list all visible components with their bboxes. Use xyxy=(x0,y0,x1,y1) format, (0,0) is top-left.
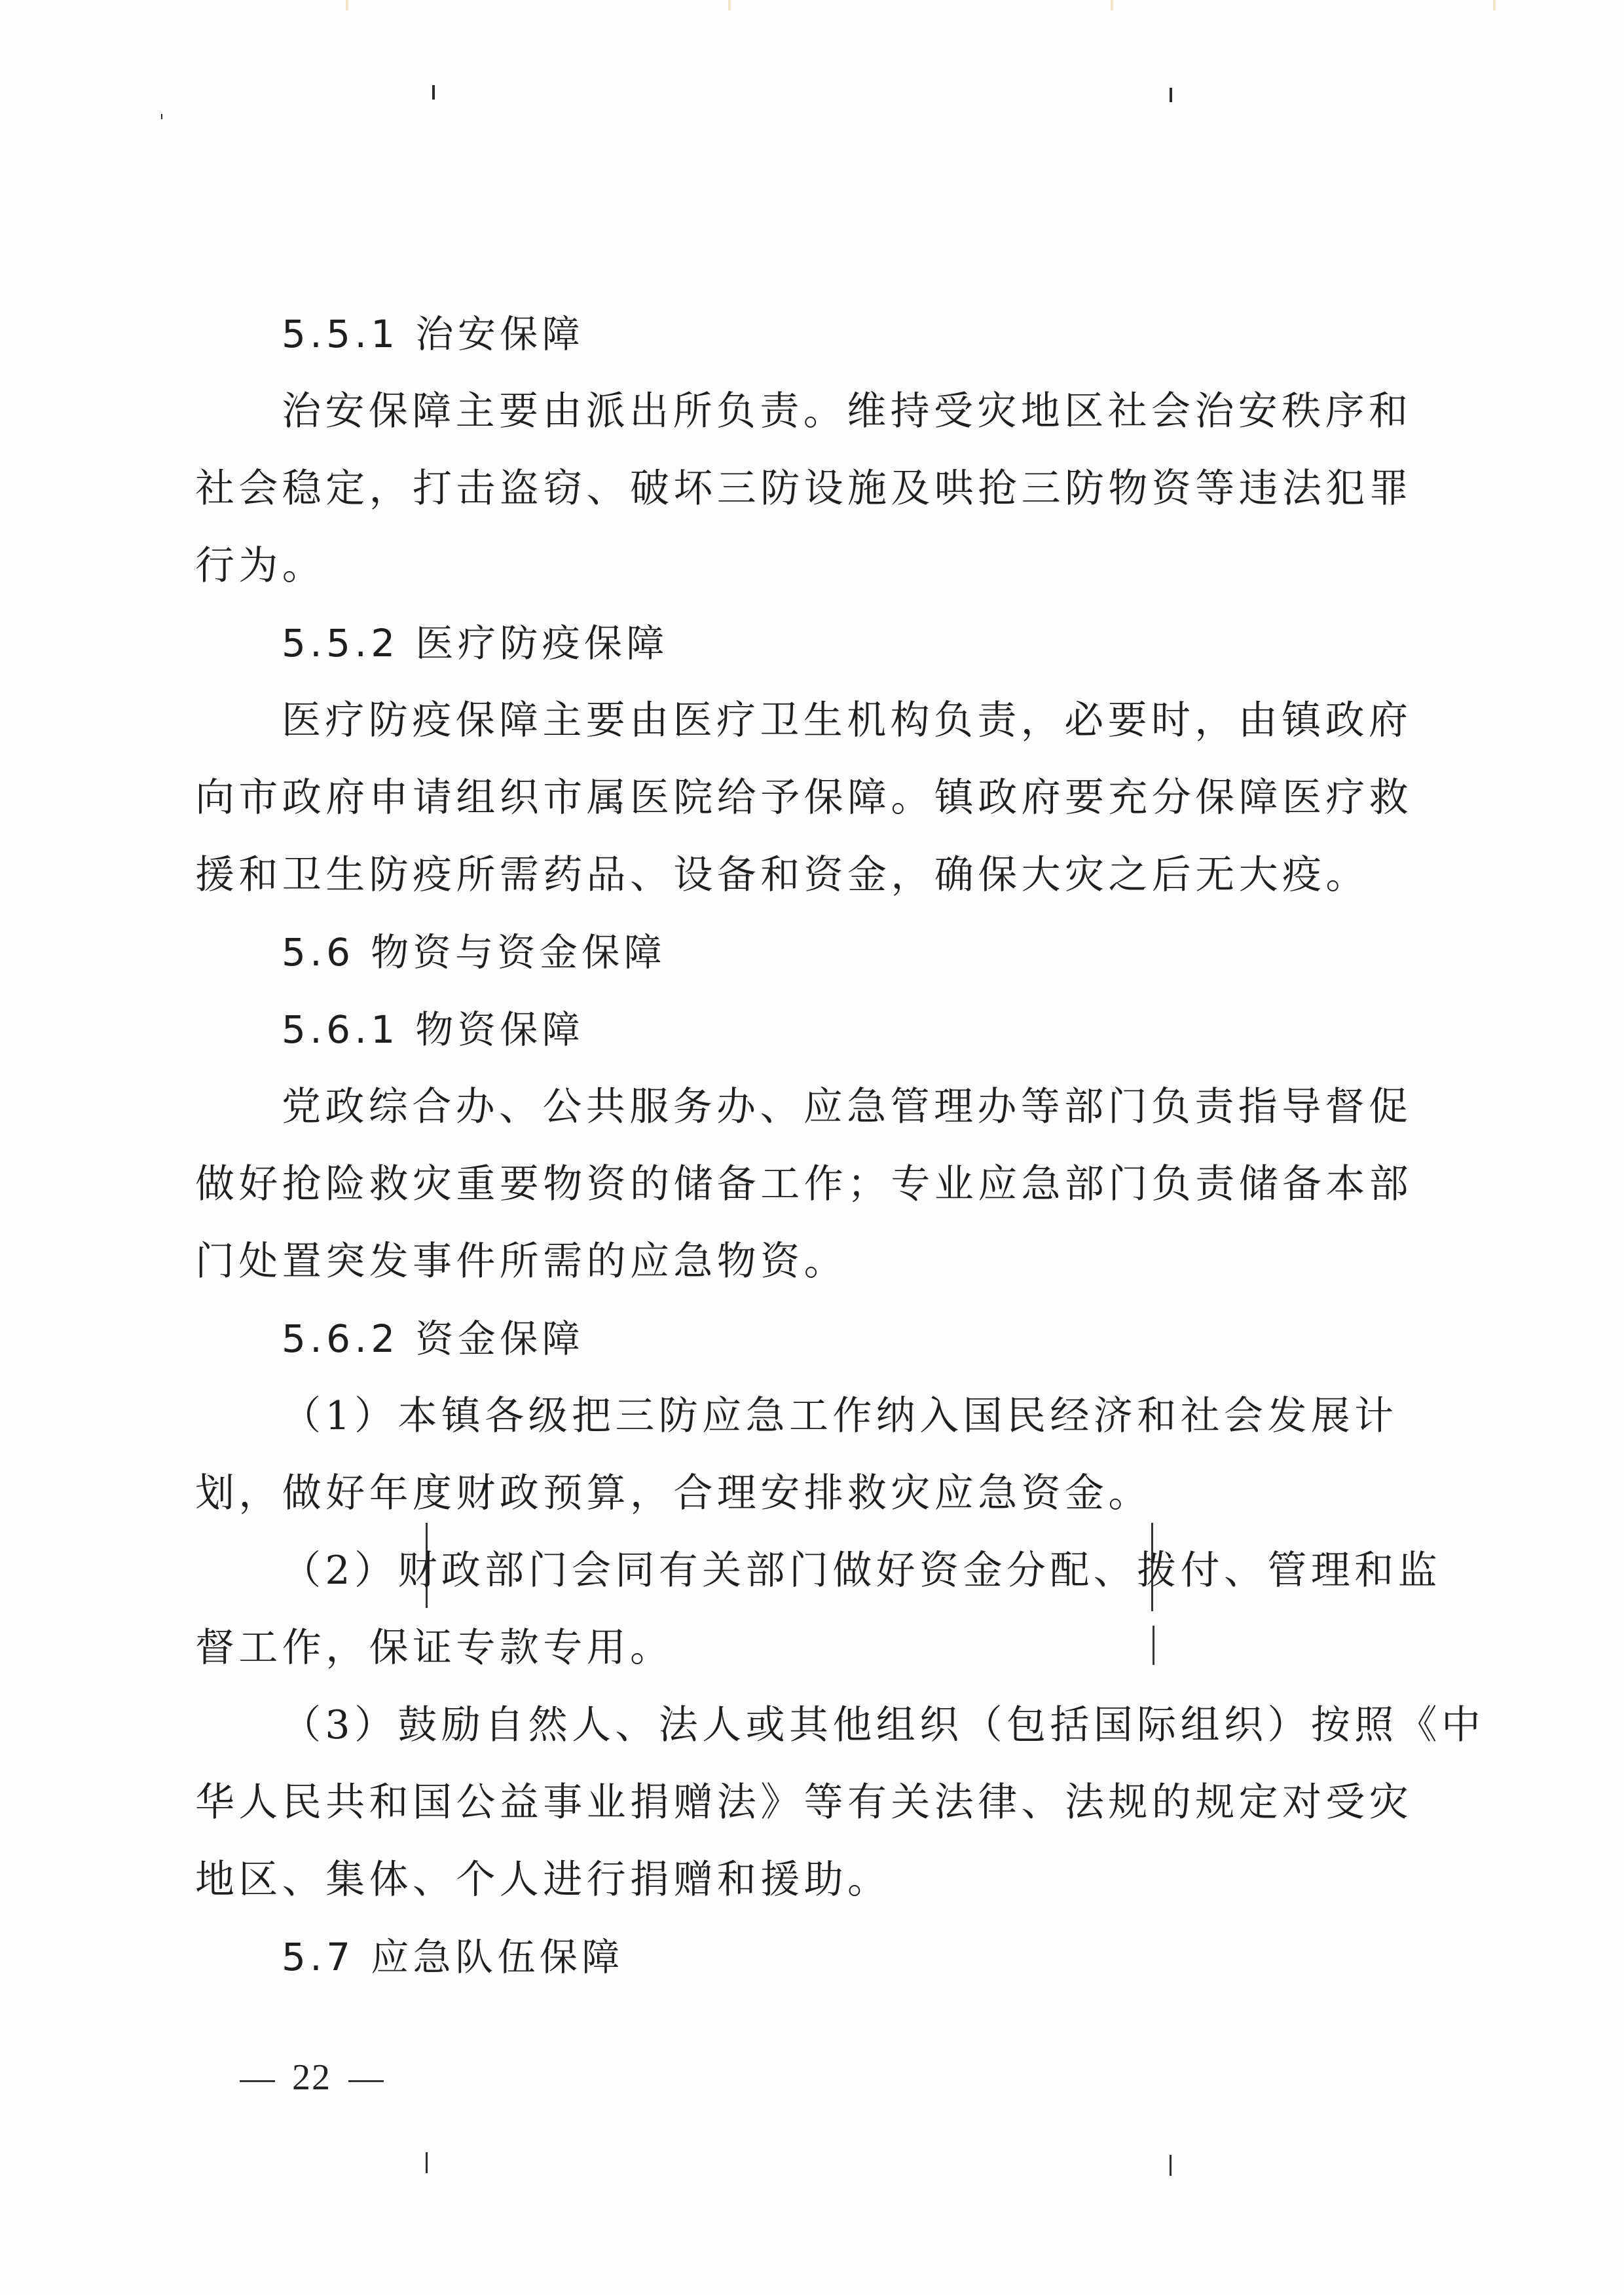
paragraph-line: 做好抢险救灾重要物资的储备工作；专业应急部门负责储备本部 xyxy=(195,1158,1412,1210)
dash-left xyxy=(240,2080,275,2082)
section-heading-5-7: 5.7 应急队伍保障 xyxy=(282,1931,624,1983)
binding-mark xyxy=(1170,88,1172,102)
paragraph-line: 行为。 xyxy=(195,540,325,592)
page-number-value: 22 xyxy=(292,2057,331,2098)
paragraph-line: 社会稳定，打击盗窃、破坏三防设施及哄抢三防物资等违法犯罪 xyxy=(195,462,1412,515)
section-heading-5-6-2: 5.6.2 资金保障 xyxy=(282,1313,584,1365)
paragraph-line: 援和卫生防疫所需药品、设备和资金，确保大灾之后无大疫。 xyxy=(195,849,1369,901)
scan-artifact xyxy=(346,0,348,10)
paragraph-line: （2）财政部门会同有关部门做好资金分配、拨付、管理和监 xyxy=(282,1544,1441,1597)
section-heading-5-6-1: 5.6.1 物资保障 xyxy=(282,1003,584,1056)
paragraph-line: 督工作，保证专款专用。 xyxy=(195,1622,673,1674)
paragraph-line: 门处置突发事件所需的应急物资。 xyxy=(195,1235,847,1288)
binding-mark xyxy=(432,85,435,100)
document-page: 5.5.1 治安保障 治安保障主要由派出所负责。维持受灾地区社会治安秩序和 社会… xyxy=(0,0,1624,2295)
paragraph-line: 向市政府申请组织市属医院给予保障。镇政府要充分保障医疗救 xyxy=(195,772,1412,824)
binding-mark xyxy=(1170,2155,1172,2176)
section-heading-5-6: 5.6 物资与资金保障 xyxy=(282,926,666,979)
section-heading-5-5-2: 5.5.2 医疗防疫保障 xyxy=(282,617,669,669)
scan-artifact xyxy=(728,0,731,10)
scan-artifact xyxy=(1493,0,1496,10)
binding-mark xyxy=(426,2152,428,2173)
scan-artifact xyxy=(1111,0,1113,10)
dash-right xyxy=(348,2080,384,2082)
paragraph-line: 划，做好年度财政预算，合理安排救灾应急资金。 xyxy=(195,1467,1152,1520)
scan-artifact xyxy=(1153,1626,1154,1665)
paragraph-line: 治安保障主要由派出所负责。维持受灾地区社会治安秩序和 xyxy=(282,385,1412,438)
paragraph-line: 医疗防疫保障主要由医疗卫生机构负责，必要时，由镇政府 xyxy=(282,694,1412,747)
paragraph-line: （3）鼓励自然人、法人或其他组织（包括国际组织）按照《中 xyxy=(282,1699,1485,1751)
paragraph-line: （1）本镇各级把三防应急工作纳入国民经济和社会发展计 xyxy=(282,1390,1398,1442)
page-number: 22 xyxy=(223,2057,401,2099)
paragraph-line: 华人民共和国公益事业捐赠法》等有关法律、法规的规定对受灾 xyxy=(195,1776,1412,1829)
paragraph-line: 党政综合办、公共服务办、应急管理办等部门负责指导督促 xyxy=(282,1081,1412,1133)
paragraph-line: 地区、集体、个人进行捐赠和援助。 xyxy=(195,1854,891,1906)
section-heading-5-5-1: 5.5.1 治安保障 xyxy=(282,308,584,360)
scan-artifact xyxy=(161,114,162,119)
